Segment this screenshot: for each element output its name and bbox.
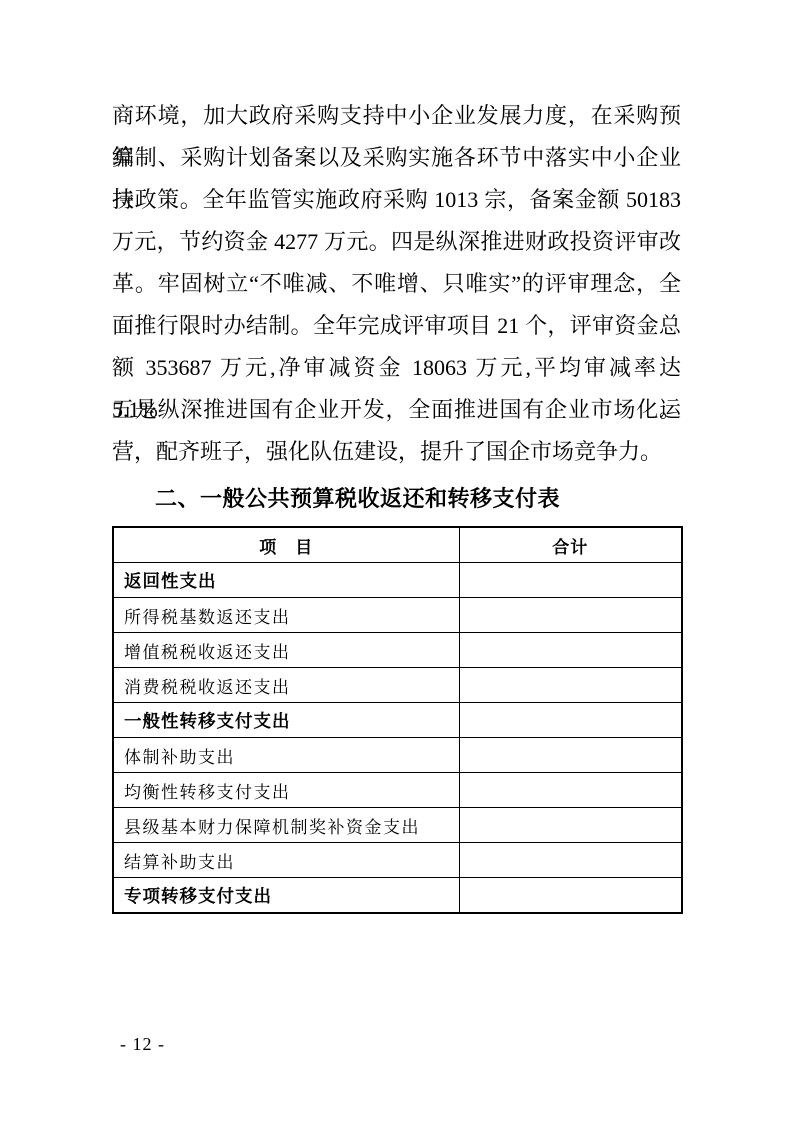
paragraph-line: 五是纵深推进国有企业开发，全面推进国有企业市场化运 — [112, 389, 681, 431]
row-label-cell: 结算补助支出 — [113, 843, 459, 878]
row-value-cell — [459, 878, 682, 914]
table-row: 结算补助支出 — [113, 843, 682, 878]
table-row: 县级基本财力保障机制奖补资金支出 — [113, 808, 682, 843]
table-row: 体制补助支出 — [113, 738, 682, 773]
row-label-cell: 所得税基数返还支出 — [113, 598, 459, 633]
row-value-cell — [459, 738, 682, 773]
row-label-cell: 消费税税收返还支出 — [113, 668, 459, 703]
transfer-table: 项 目 合计 返回性支出 所得税基数返还支出 增值税税收返还支出 消费税税收返还… — [112, 526, 683, 914]
page-number: - 12 - — [120, 1034, 165, 1055]
table-row: 所得税基数返还支出 — [113, 598, 682, 633]
document-page: 商环境，加大政府采购支持中小企业发展力度，在采购预算 编制、采购计划备案以及采购… — [0, 0, 793, 1122]
body-paragraph: 商环境，加大政府采购支持中小企业发展力度，在采购预算 编制、采购计划备案以及采购… — [112, 95, 681, 473]
section-heading: 二、一般公共预算税收返还和转移支付表 — [112, 486, 724, 512]
paragraph-line: 营，配齐班子，强化队伍建设，提升了国企市场竞争力。 — [112, 431, 681, 473]
table-header-row: 项 目 合计 — [113, 527, 682, 563]
row-value-cell — [459, 703, 682, 738]
paragraph-line: 面推行限时办结制。全年完成评审项目 21 个，评审资金总 — [112, 305, 681, 347]
row-value-cell — [459, 563, 682, 598]
paragraph-line: 编制、采购计划备案以及采购实施各环节中落实中小企业扶 — [112, 137, 681, 179]
row-value-cell — [459, 598, 682, 633]
paragraph-line: 商环境，加大政府采购支持中小企业发展力度，在采购预算 — [112, 95, 681, 137]
row-label-cell: 增值税税收返还支出 — [113, 633, 459, 668]
row-value-cell — [459, 633, 682, 668]
row-label-cell: 均衡性转移支付支出 — [113, 773, 459, 808]
column-header-item: 项 目 — [113, 527, 459, 563]
row-label-cell: 返回性支出 — [113, 563, 459, 598]
row-label-cell: 县级基本财力保障机制奖补资金支出 — [113, 808, 459, 843]
row-label-cell: 专项转移支付支出 — [113, 878, 459, 914]
table-row: 返回性支出 — [113, 563, 682, 598]
row-value-cell — [459, 773, 682, 808]
table-row: 消费税税收返还支出 — [113, 668, 682, 703]
row-label-cell: 一般性转移支付支出 — [113, 703, 459, 738]
row-label-cell: 体制补助支出 — [113, 738, 459, 773]
row-value-cell — [459, 808, 682, 843]
table-row: 均衡性转移支付支出 — [113, 773, 682, 808]
table-row: 一般性转移支付支出 — [113, 703, 682, 738]
row-value-cell — [459, 668, 682, 703]
column-header-total: 合计 — [459, 527, 682, 563]
paragraph-line: 持政策。全年监管实施政府采购 1013 宗，备案金额 50183 — [112, 179, 681, 221]
paragraph-line: 额 353687 万元,净审减资金 18063 万元,平均审减率达 5.1%。 — [112, 347, 681, 389]
table-row: 专项转移支付支出 — [113, 878, 682, 914]
row-value-cell — [459, 843, 682, 878]
table-row: 增值税税收返还支出 — [113, 633, 682, 668]
paragraph-line: 万元，节约资金 4277 万元。四是纵深推进财政投资评审改 — [112, 221, 681, 263]
paragraph-line: 革。牢固树立“不唯减、不唯增、只唯实”的评审理念，全 — [112, 263, 681, 305]
